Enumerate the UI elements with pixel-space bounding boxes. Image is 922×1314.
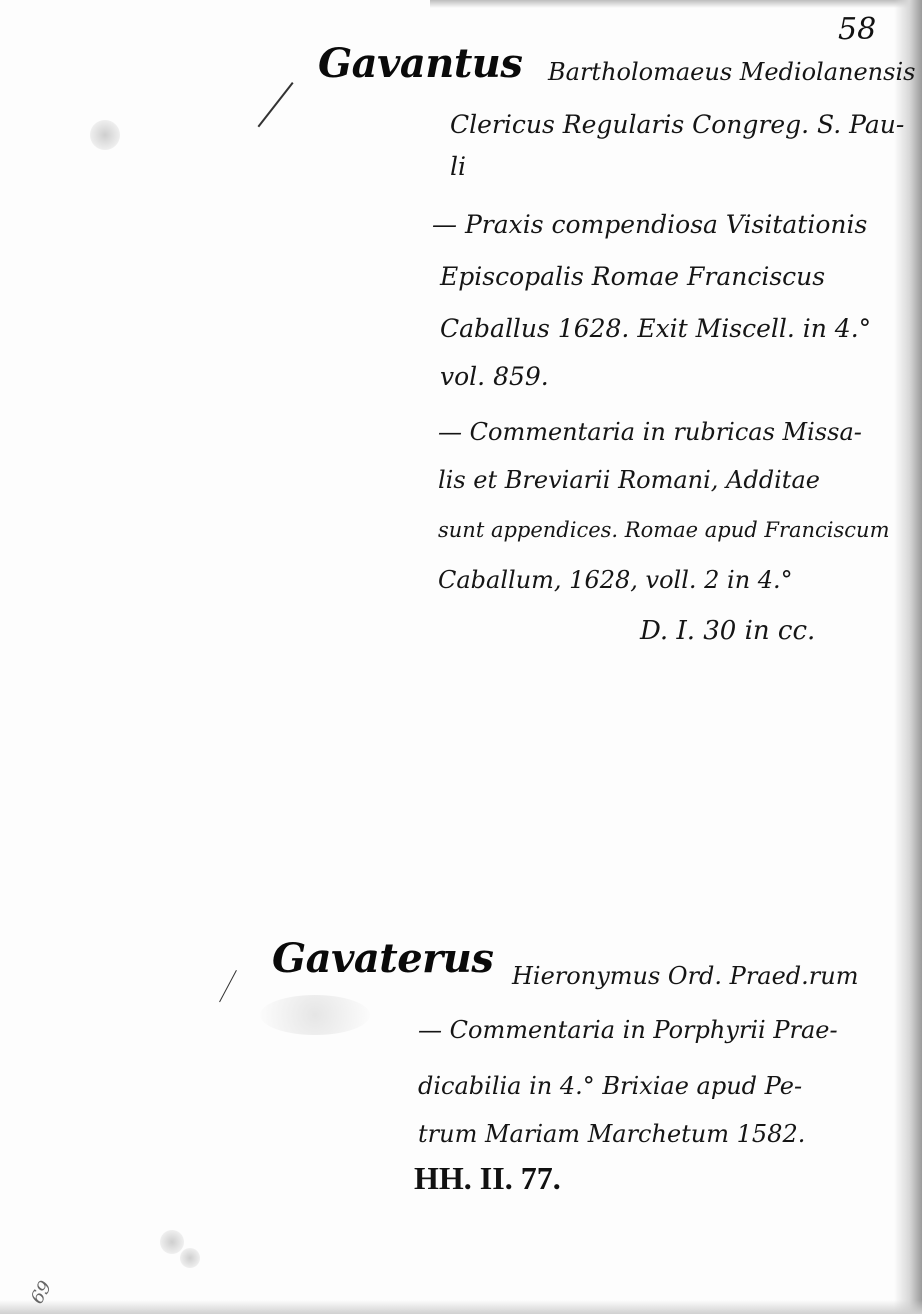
paper-smudge [180,1248,200,1268]
paper-smudge [90,120,120,150]
paper-smudge [160,1230,184,1254]
author-line: Bartholomaeus Mediolanensis [548,58,915,86]
page-top-shadow [430,0,922,8]
work-line: vol. 859. [440,362,549,391]
work-line: dicabilia in 4.° Brixiae apud Pe- [418,1072,802,1100]
work-line: Caballum, 1628, voll. 2 in 4.° [438,566,793,594]
page-number: 58 [838,12,876,47]
work-line: — Commentaria in rubricas Missa- [438,418,862,446]
page-bottom-shadow [0,1300,922,1314]
page-binding-shadow [894,0,922,1314]
manuscript-page: 58 Gavantus Bartholomaeus Mediolanensis … [0,0,922,1314]
author-line: li [450,152,466,181]
author-line: Clericus Regularis Congreg. S. Pau- [450,110,904,139]
entry-heading: Gavaterus [272,935,493,982]
work-line: — Praxis compendiosa Visitationis [432,210,867,239]
work-line: Caballus 1628. Exit Miscell. in 4.° [440,314,871,343]
work-line: Episcopalis Romae Franciscus [440,262,825,291]
work-line: lis et Breviarii Romani, Additae [438,466,820,494]
work-line: — Commentaria in Porphyrii Prae- [418,1016,838,1044]
margin-stroke [258,82,294,127]
entry-heading: Gavantus [318,40,522,87]
margin-stroke [219,970,237,1002]
shelfmark: HH. II. 77. [414,1160,561,1197]
work-line: sunt appendices. Romae apud Franciscum [438,518,889,542]
author-line: Hieronymus Ord. Praed.rum [512,962,859,990]
shelfmark: D. I. 30 in cc. [640,616,815,646]
paper-smudge [260,995,370,1035]
work-line: trum Mariam Marchetum 1582. [418,1120,805,1148]
